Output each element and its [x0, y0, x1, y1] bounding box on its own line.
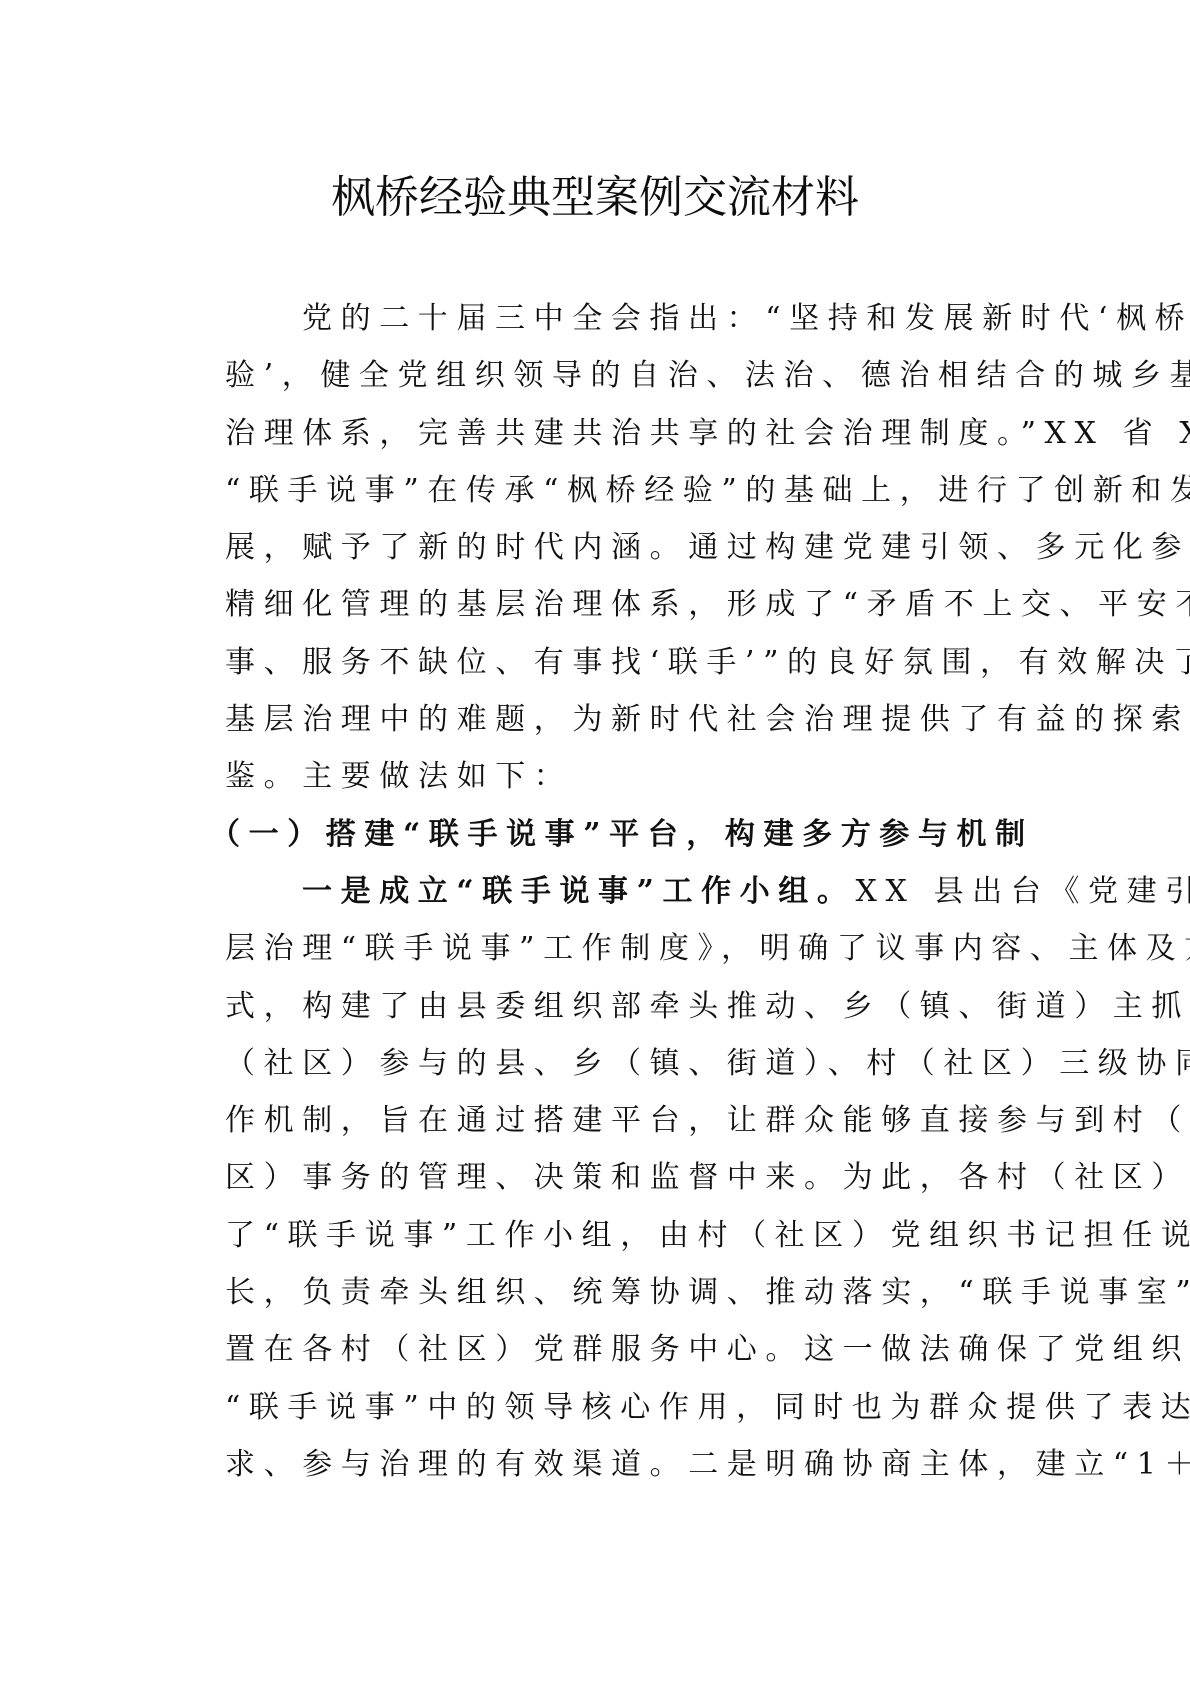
paragraph-line: 一是成立“联手说事”工作小组。XX 县出台《党建引领基 [148, 863, 1042, 920]
paragraph-line: 式，构建了由县委组织部牵头推动、乡（镇、街道）主抓、村 [148, 978, 1042, 1035]
paragraph-line: 求、参与治理的有效渠道。二是明确协商主体，建立“1＋5＋ [148, 1436, 1042, 1493]
paragraph-line: 层治理“联手说事”工作制度》，明确了议事内容、主体及方 [148, 920, 1042, 977]
paragraph-line: （社区）参与的县、乡（镇、街道）、村（社区）三级协同工 [148, 1035, 1042, 1092]
intro-paragraph: 党的二十届三中全会指出：“坚持和发展新时代‘枫桥经 验’，健全党组织领导的自治、… [148, 290, 1042, 806]
paragraph-line-rest: XX 县出台《党建引领基 [856, 874, 1190, 909]
paragraph-line: 事、服务不缺位、有事找‘联手’”的良好氛围，有效解决了 [148, 634, 1042, 691]
section-paragraph: 一是成立“联手说事”工作小组。XX 县出台《党建引领基 层治理“联手说事”工作制… [148, 863, 1042, 1493]
paragraph-line: “联手说事”在传承“枫桥经验”的基础上，进行了创新和发 [148, 462, 1042, 519]
paragraph-line: 了“联手说事”工作小组，由村（社区）党组织书记担任说事 [148, 1207, 1042, 1264]
paragraph-line: 长，负责牵头组织、统筹协调、推动落实，“联手说事室”设 [148, 1264, 1042, 1321]
paragraph-line: 作机制，旨在通过搭建平台，让群众能够直接参与到村（社 [148, 1092, 1042, 1149]
section-heading: （一）搭建“联手说事”平台，构建多方参与机制 [148, 806, 1042, 863]
document-page: 枫桥经验典型案例交流材料 党的二十届三中全会指出：“坚持和发展新时代‘枫桥经 验… [0, 0, 1190, 1683]
paragraph-line: 党的二十届三中全会指出：“坚持和发展新时代‘枫桥经 [148, 290, 1042, 347]
lead-sentence: 一是成立“联手说事”工作小组。 [302, 874, 856, 909]
paragraph-line: 验’，健全党组织领导的自治、法治、德治相结合的城乡基层 [148, 347, 1042, 404]
paragraph-line: 鉴。主要做法如下： [148, 748, 1042, 805]
paragraph-line: 治理体系，完善共建共治共享的社会治理制度。”XX 省 XX 县 [148, 405, 1042, 462]
document-title: 枫桥经验典型案例交流材料 [0, 168, 1190, 228]
paragraph-line: 置在各村（社区）党群服务中心。这一做法确保了党组织在 [148, 1321, 1042, 1378]
paragraph-line: “联手说事”中的领导核心作用，同时也为群众提供了表达诉 [148, 1379, 1042, 1436]
paragraph-line: 区）事务的管理、决策和监督中来。为此，各村（社区）成立 [148, 1149, 1042, 1206]
paragraph-line: 基层治理中的难题，为新时代社会治理提供了有益的探索和借 [148, 691, 1042, 748]
document-body: 党的二十届三中全会指出：“坚持和发展新时代‘枫桥经 验’，健全党组织领导的自治、… [148, 290, 1042, 1493]
paragraph-line: 展，赋予了新的时代内涵。通过构建党建引领、多元化参与、 [148, 519, 1042, 576]
paragraph-line: 精细化管理的基层治理体系，形成了“矛盾不上交、平安不出 [148, 576, 1042, 633]
